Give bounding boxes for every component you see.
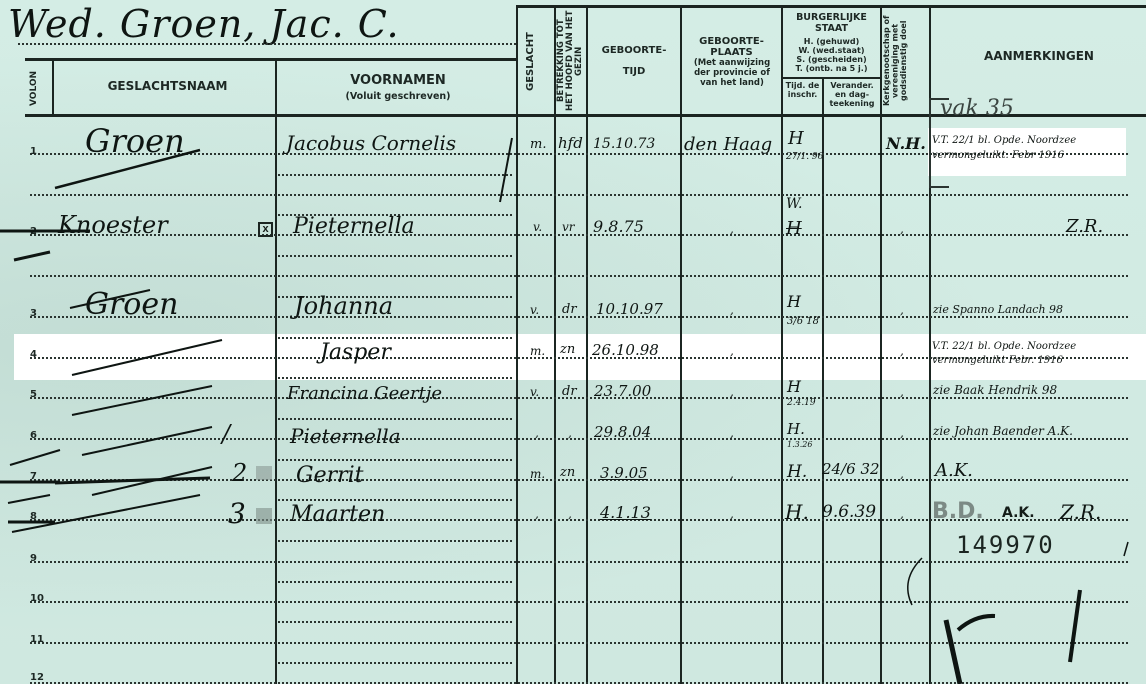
header-volon: VOLON — [30, 66, 44, 110]
ink-strokes — [0, 110, 1146, 684]
header-betrekking: BETREKKING TOT HET HOOFD VAN HET GEZIN — [557, 10, 585, 112]
header-bs-verander: Verander. en dag-teekening — [824, 81, 880, 109]
household-head-title: Wed. Groen, Jac. C. — [8, 2, 400, 46]
header-geboorteplaats-1: GEBOORTE- — [682, 36, 781, 48]
registration-card: Wed. Groen, Jac. C. VOLON GESLACHTSNAAM … — [0, 0, 1146, 684]
header-geboortetijd-1: GEBOORTE- — [588, 45, 680, 57]
header-burgerlijke-staat: BURGERLIJKE STAAT — [783, 13, 880, 35]
header-bs-h: H. (gehuwd) — [783, 37, 880, 46]
header-geboorteplaats-2: PLAATS — [682, 47, 781, 59]
header-kerkgenootschap: Kerkgenootschap of vereeniging met godsd… — [883, 10, 927, 112]
header-bs-tijd: Tijd. de inschr. — [783, 81, 822, 99]
header-geslachtsnaam: GESLACHTSNAAM — [60, 80, 275, 94]
header-voornamen-sub: (Voluit geschreven) — [280, 92, 516, 103]
header-bs-t: T. (ontb. na 5 j.) — [783, 64, 880, 73]
header-bs-s: S. (gescheiden) — [783, 55, 880, 64]
header-top-rule-left — [25, 58, 518, 61]
header-geboortetijd-2: TIJD — [588, 66, 680, 78]
header-geslacht: GESLACHT — [526, 12, 546, 112]
header-voornamen: VOORNAMEN — [280, 74, 516, 89]
title-underline — [18, 43, 516, 45]
header-geboorteplaats-sub: (Met aanwijzing der provincie of van het… — [685, 59, 779, 88]
header-aanmerkingen: AANMERKINGEN — [932, 50, 1146, 64]
header-bs-w: W. (wed.staat) — [783, 46, 880, 55]
header-step-rule — [516, 5, 518, 60]
bs-sub-rule — [781, 77, 880, 79]
col-rule-volon — [52, 60, 54, 116]
header-top-rule-right — [516, 5, 1146, 8]
